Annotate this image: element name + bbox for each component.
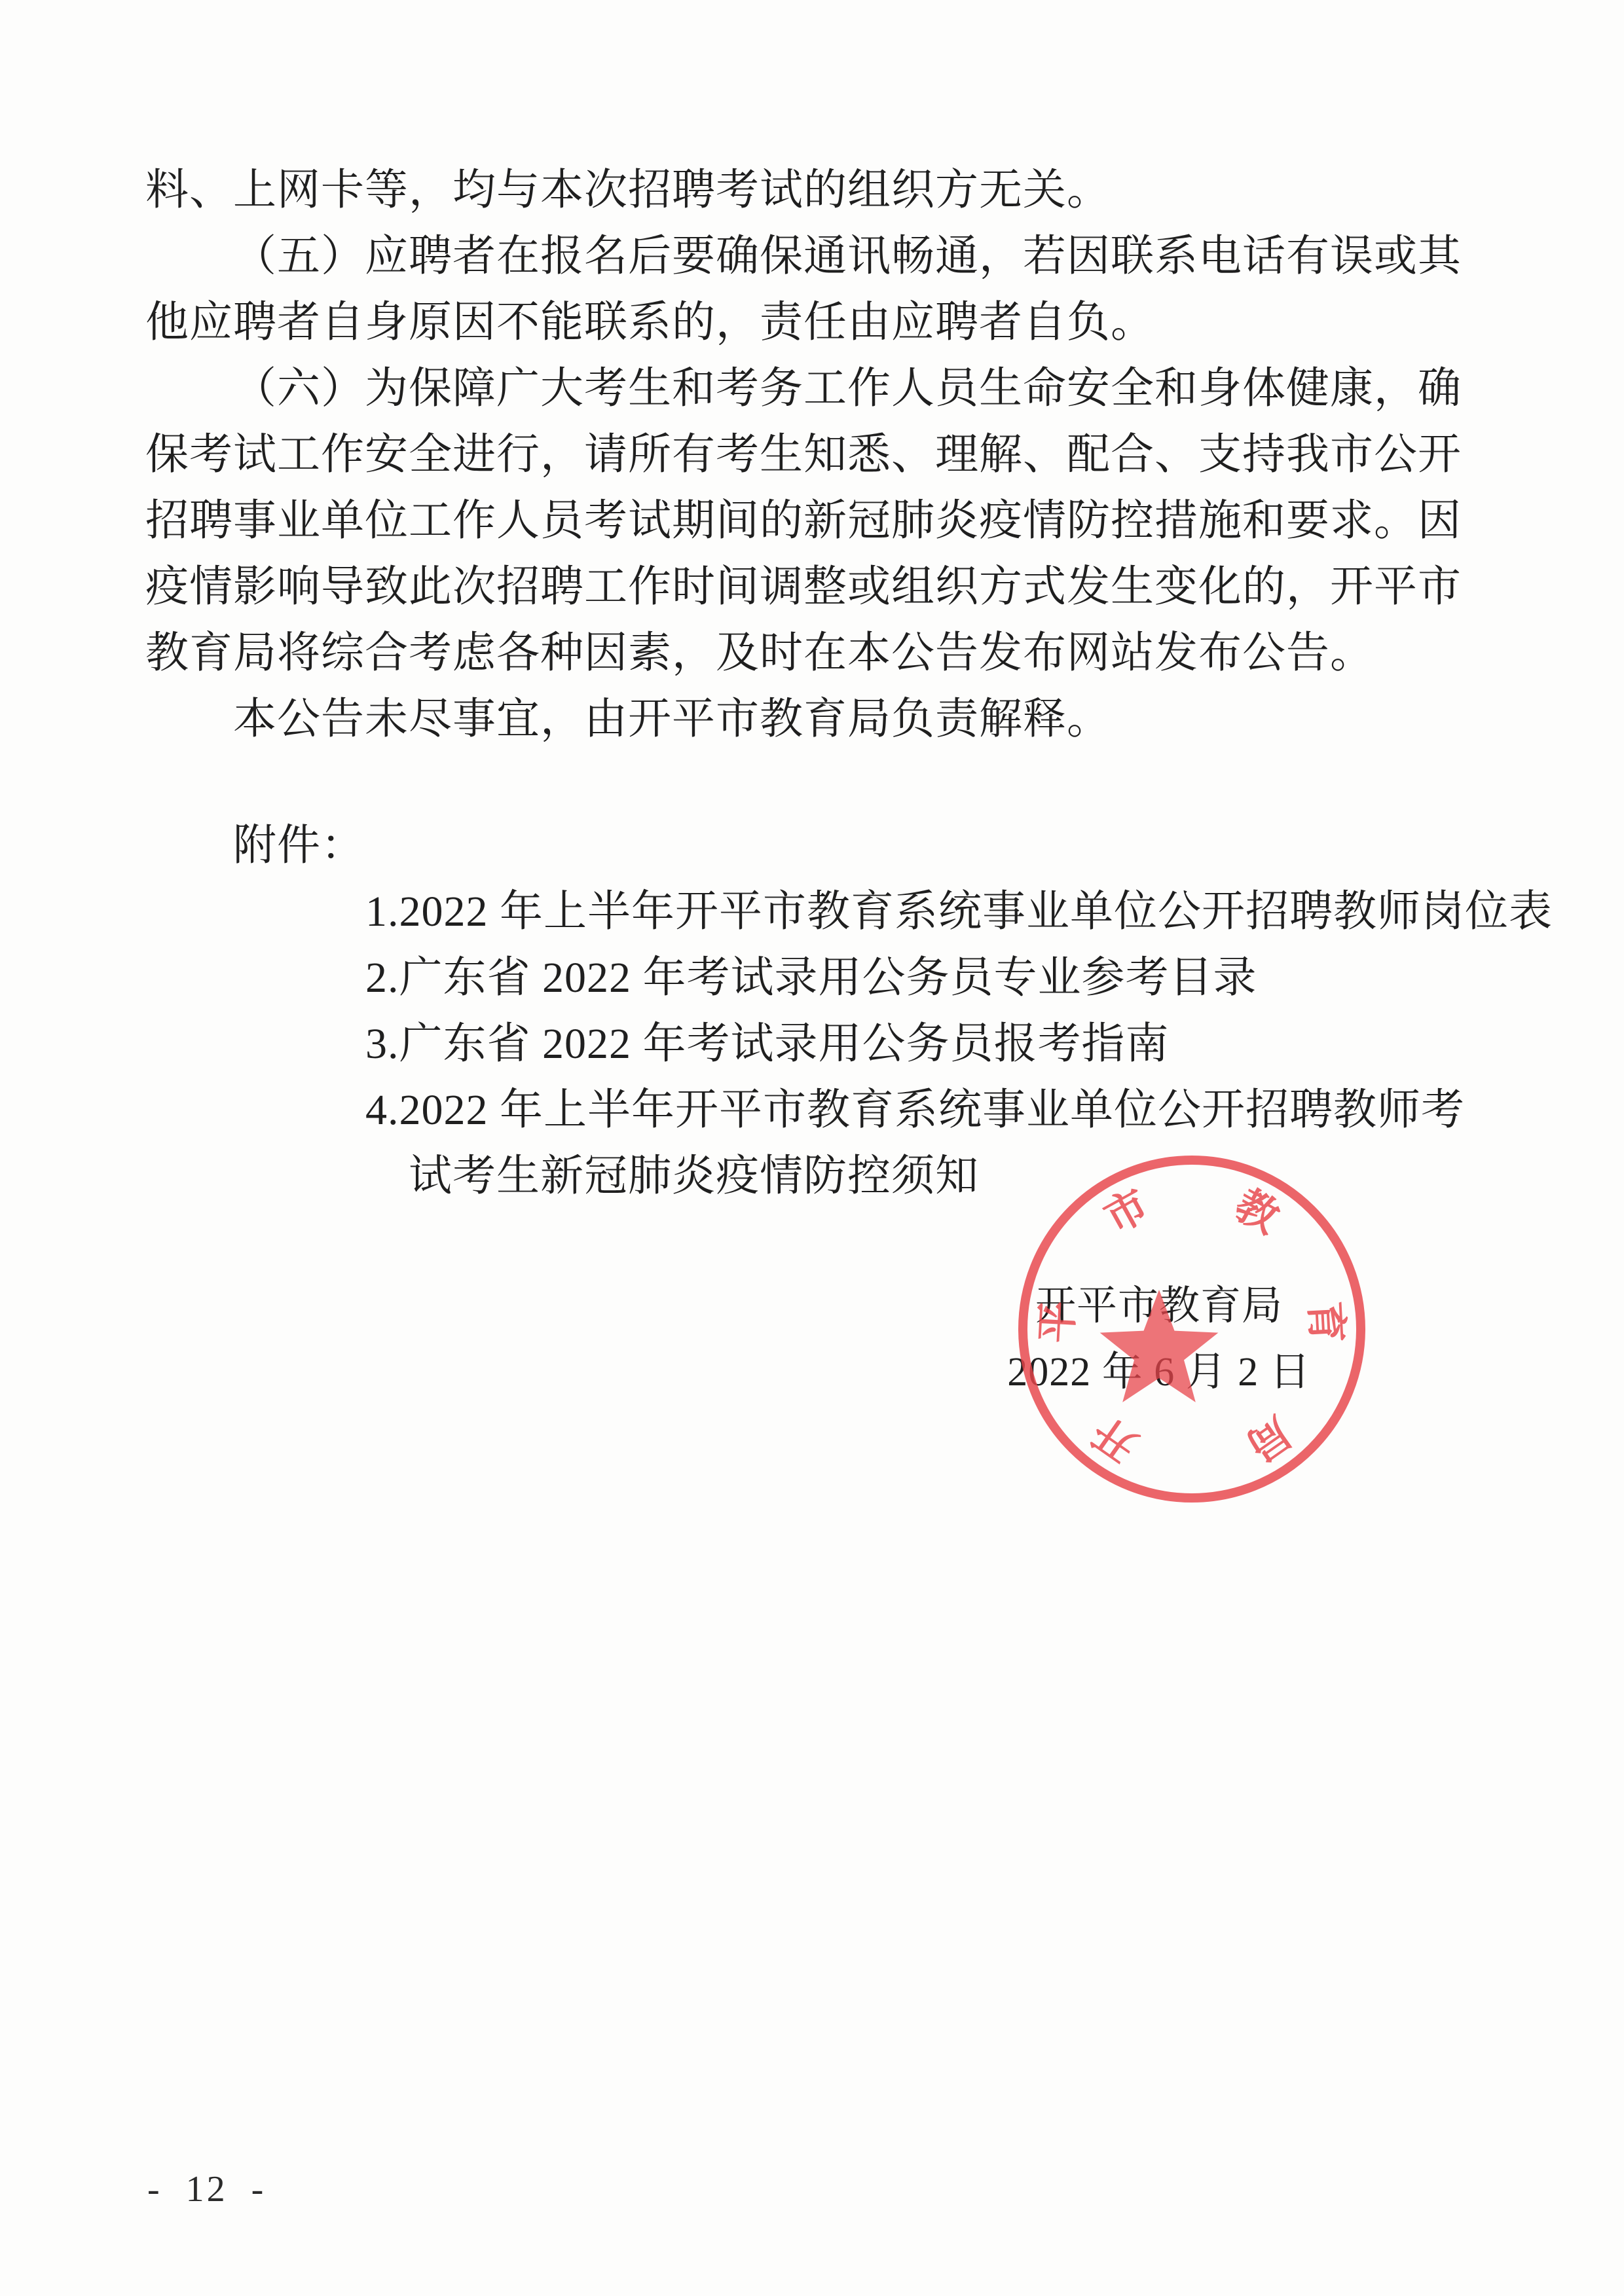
attachment-item: 4.2022 年上半年开平市教育系统事业单位公开招聘教师考 [145,1077,1466,1143]
signature-issuer: 开平市教育局 [995,1273,1323,1339]
signature-block: 开平市教育局 2022 年 6 月 2 日 [995,1273,1323,1406]
body-line: 招聘事业单位工作人员考试期间的新冠肺炎疫情防控措施和要求。因 [145,488,1466,554]
body-line: （六）为保障广大考生和考务工作人员生命安全和身体健康，确 [145,355,1466,422]
attachments-label: 附件： [145,812,1466,879]
body-line: 料、上网卡等，均与本次招聘考试的组织方无关。 [145,157,1466,223]
body-line: （五）应聘者在报名后要确保通讯畅通，若因联系电话有误或其 [145,223,1466,289]
announcement-body: 料、上网卡等，均与本次招聘考试的组织方无关。 （五）应聘者在报名后要确保通讯畅通… [145,157,1466,1209]
body-line: 本公告未尽事宜，由开平市教育局负责解释。 [145,686,1466,752]
body-line: 教育局将综合考虑各种因素，及时在本公告发布网站发布公告。 [145,620,1466,686]
body-line: 保考试工作安全进行，请所有考生知悉、理解、配合、支持我市公开 [145,422,1466,488]
seal-ring-char: 开 [1084,1408,1145,1470]
body-line: 疫情影响导致此次招聘工作时间调整或组织方式发生变化的，开平市 [145,554,1466,620]
signature-date: 2022 年 6 月 2 日 [995,1339,1323,1406]
body-line: 他应聘者自身原因不能联系的，责任由应聘者自负。 [145,289,1466,355]
seal-ring-char: 局 [1238,1408,1299,1470]
attachment-item: 3.广东省 2022 年考试录用公务员报考指南 [145,1011,1466,1077]
attachment-item: 2.广东省 2022 年考试录用公务员专业参考目录 [145,945,1466,1011]
scanned-document-page: 料、上网卡等，均与本次招聘考试的组织方无关。 （五）应聘者在报名后要确保通讯畅通… [0,0,1624,2296]
page-number: - 12 - [147,2168,266,2210]
attachment-item-continuation: 试考生新冠肺炎疫情防控须知 [145,1143,1466,1209]
attachment-item: 1.2022 年上半年开平市教育系统事业单位公开招聘教师岗位表 [145,879,1466,945]
